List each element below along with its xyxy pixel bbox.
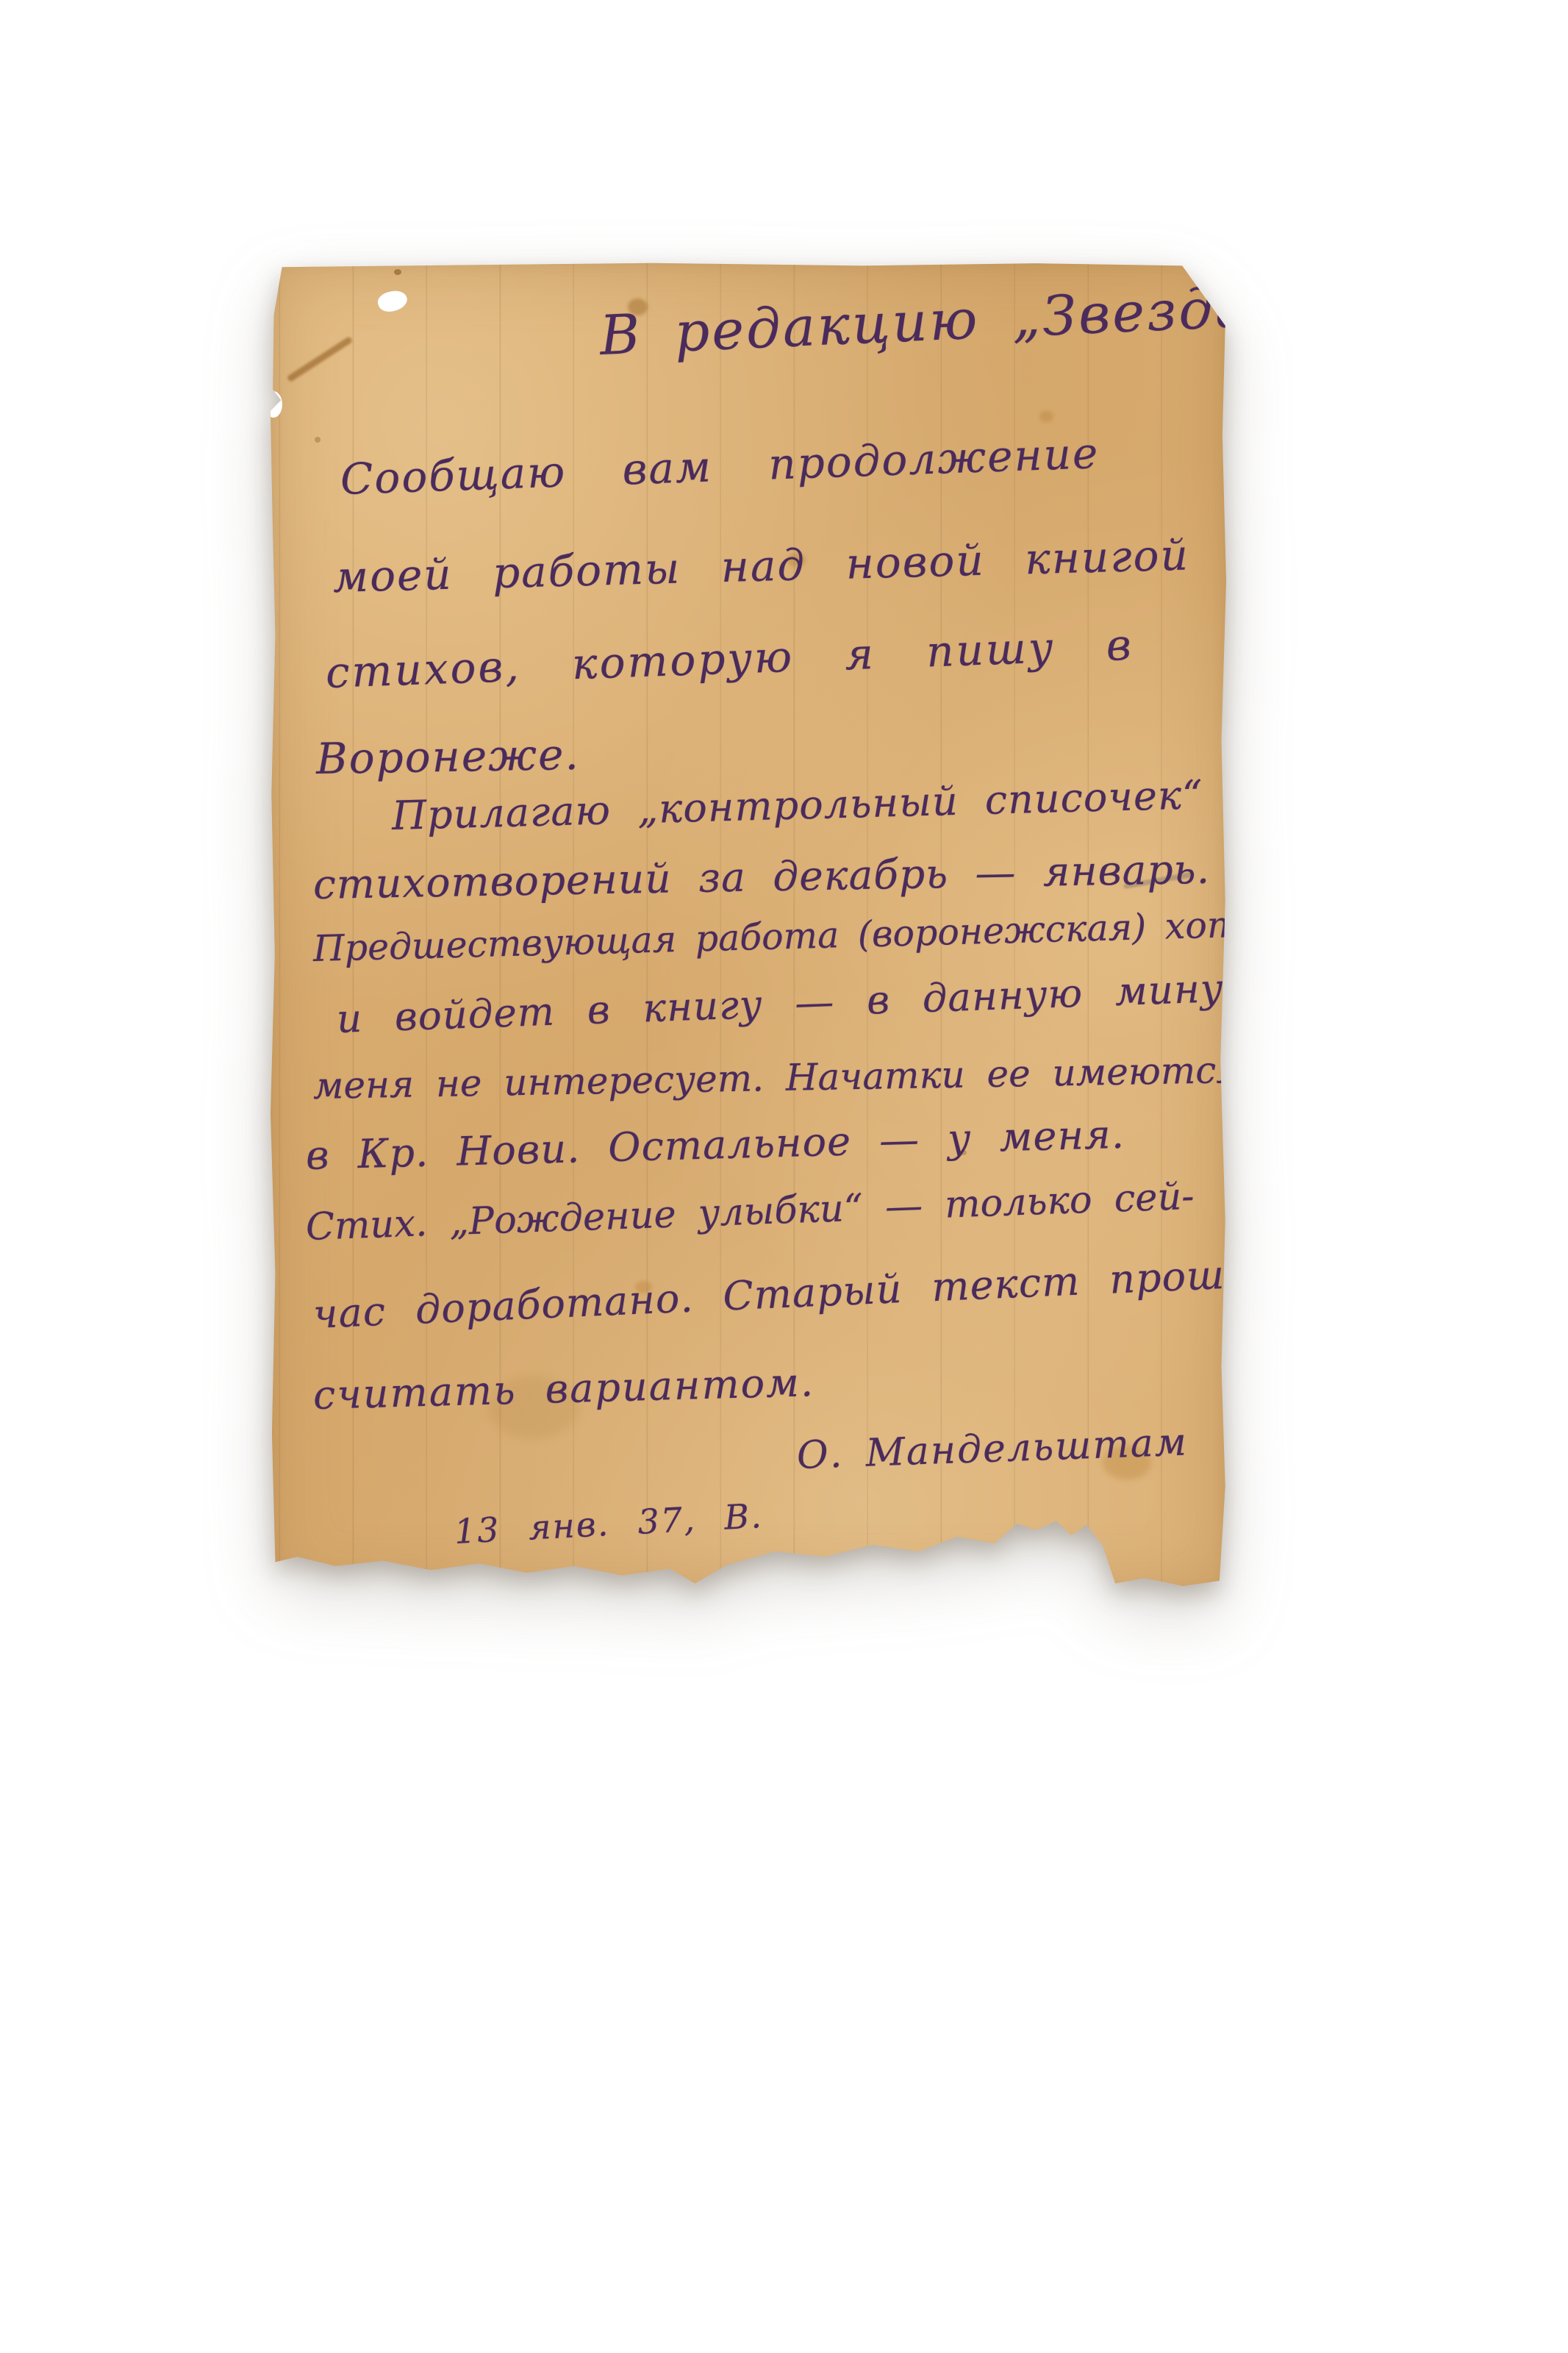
tear-stain — [287, 336, 353, 382]
paper-hole — [265, 391, 282, 418]
paper-hole — [376, 287, 409, 315]
letter-line-6: стихотворений за декабрь — январь. — [312, 846, 1210, 908]
letter-paper: В редакцию „Звезда“ Сообщаю вам продолже… — [271, 262, 1226, 1593]
letter-line-9: меня не интересует. Начатки ее имеются — [312, 1049, 1240, 1107]
letter-line-12: час доработано. Старый текст прошу — [312, 1250, 1250, 1337]
letter-line-4: Воронеже. — [315, 729, 580, 784]
stain — [1039, 411, 1053, 422]
letter-line-11: Стих. „Рождение улыбки“ — только сей- — [305, 1175, 1195, 1249]
date-place: 13 янв. 37, В. — [454, 1496, 764, 1552]
letter-heading: В редакцию „Звезда“ — [598, 275, 1281, 368]
letter-line-10: в Кр. Нови. Остальное — у меня. — [305, 1111, 1125, 1179]
letter-line-1: Сообщаю вам продолжение — [340, 428, 1100, 504]
letter-line-2: моей работы над новой книгой — [332, 530, 1190, 602]
letter-line-13: считать вариантом. — [312, 1359, 815, 1418]
letter-line-8: и войдет в книгу — в данную минуту — [336, 964, 1286, 1042]
stain — [394, 269, 401, 275]
stain — [315, 437, 321, 443]
letter-line-5: Прилагаю „контрольный списочек“ — [391, 771, 1203, 839]
paper-shadow: В редакцию „Звезда“ Сообщаю вам продолже… — [271, 262, 1226, 1593]
letter-line-7: Предшествующая работа (воронежская) хотя — [312, 903, 1265, 970]
letter-line-3: стихов, которую я пишу в — [325, 620, 1134, 698]
signature: О. Мандельштам — [796, 1420, 1189, 1478]
photo-stage: В редакцию „Звезда“ Сообщаю вам продолже… — [0, 0, 1568, 2353]
